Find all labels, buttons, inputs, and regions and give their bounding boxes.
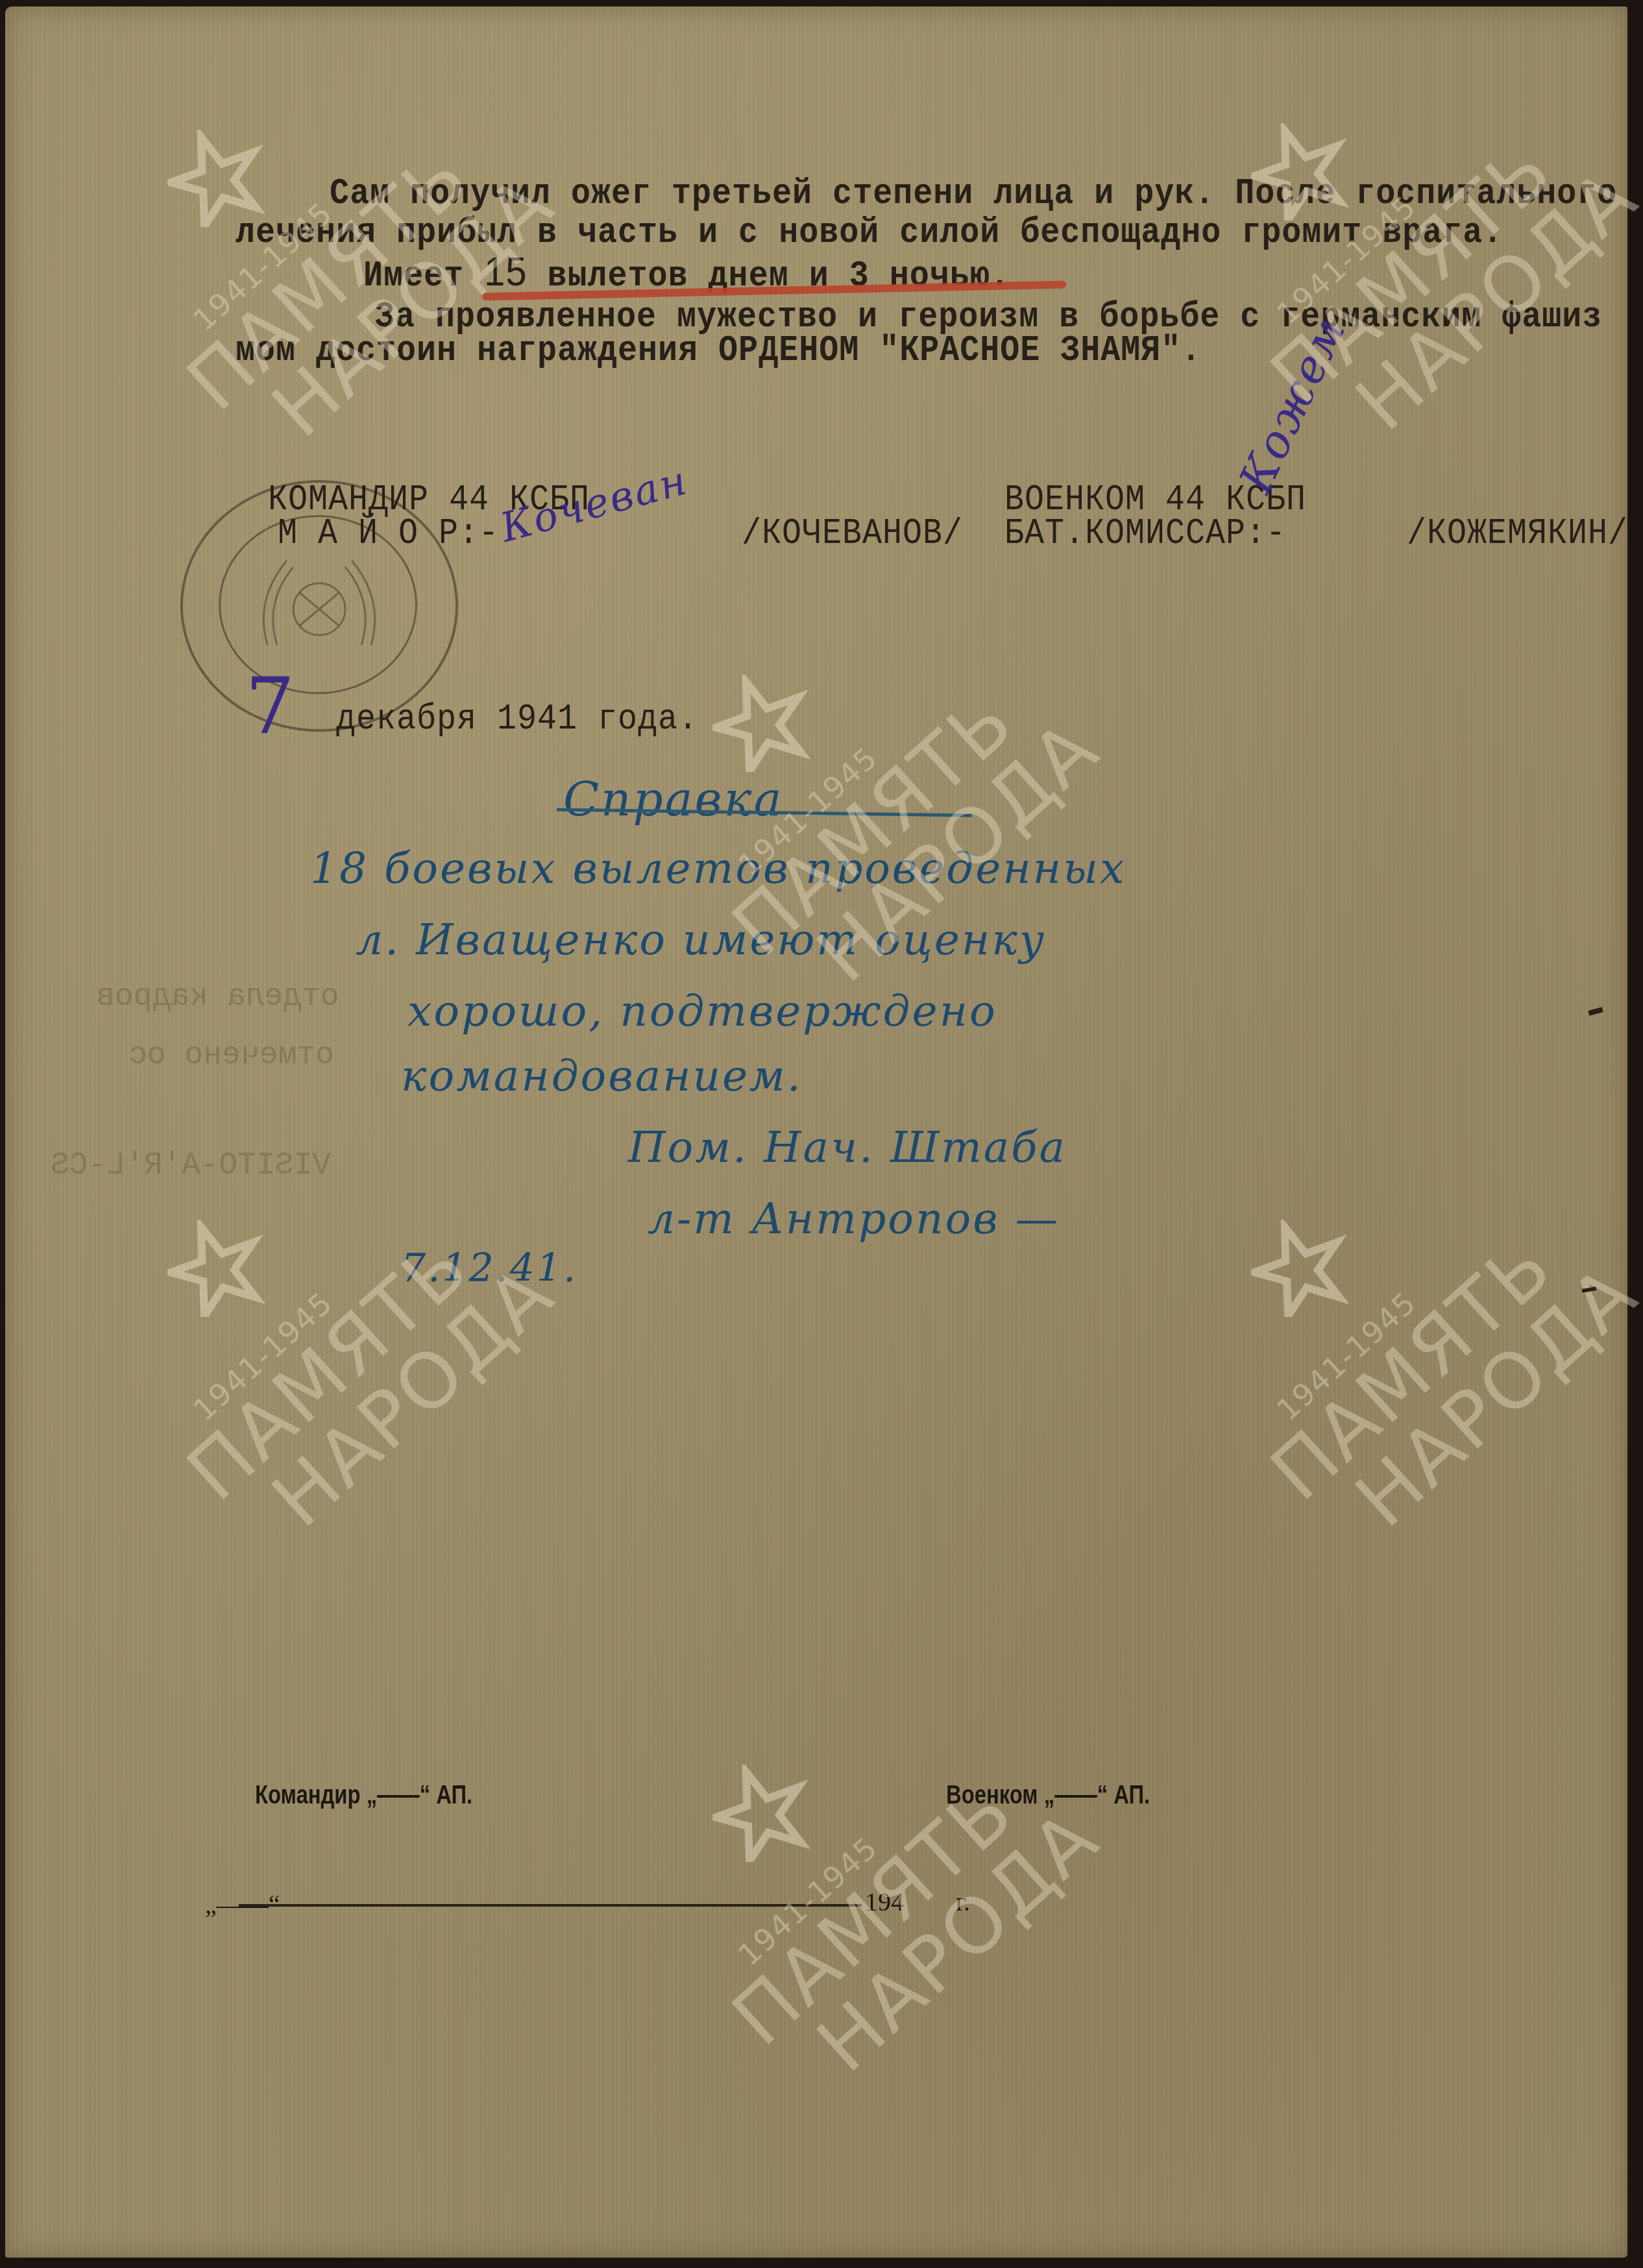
footer-date-suffix: г. [956, 1887, 970, 1917]
watermark-star-icon [1251, 123, 1348, 221]
certificate-line-4: командованием. [401, 1051, 803, 1101]
watermark-star-icon [167, 130, 265, 227]
commissar-rank: БАТ.КОМИССАР:- [1004, 514, 1286, 555]
body-line-1: Сам получил ожег третьей степени лица и … [330, 174, 1617, 215]
footer-commissar-label: Военком „——“ АП. [946, 1781, 1150, 1810]
bleed-through-text: отмечено ос [128, 1038, 334, 1073]
day-sorties-count: 15 [484, 248, 528, 295]
watermark-star-icon [167, 1220, 265, 1317]
certificate-date: 7.12.41. [401, 1246, 578, 1291]
bleed-through-text: отдела кадров [96, 980, 339, 1015]
watermark-star-icon [712, 1765, 810, 1862]
certificate-line-3: хорошо, подтверждено [408, 986, 997, 1036]
document-sheet: отдела кадров отмечено ос VISITO-A'R'L-C… [5, 6, 1627, 2258]
sorties-prefix: Имеет [363, 256, 464, 297]
date-text: декабря 1941 года. [336, 699, 698, 740]
commander-signature: Кочеван [496, 456, 693, 551]
certificate-signer-name: л-т Антропов — [648, 1194, 1060, 1244]
certificate-line-2: л. Иващенко имеют оценку [356, 915, 1046, 965]
footer-date-blank-line [239, 1904, 862, 1907]
bleed-through-text: VISITO-A'R'L-CS [51, 1148, 331, 1183]
footer-commander-label: Командир „——“ АП. [255, 1781, 472, 1810]
body-line-5: мом достоин награждения ОРДЕНОМ "КРАСНОЕ… [236, 331, 1201, 372]
paper-tear-mark [1588, 1007, 1603, 1015]
paper-tear-mark [1582, 1286, 1597, 1293]
footer-date-year: 194 [865, 1887, 904, 1917]
watermark-star-icon [1251, 1220, 1348, 1317]
handwritten-day: 7 [245, 662, 297, 752]
certificate-signer-title: Пом. Нач. Штаба [628, 1122, 1067, 1172]
certificate-title: Справка [563, 772, 783, 826]
watermark-star-icon [712, 675, 810, 772]
certificate-line-1: 18 боевых вылетов проведенных [310, 843, 1126, 893]
commander-name: /КОЧЕВАНОВ/ [742, 514, 963, 555]
commander-rank: М А Й О Р:- [278, 514, 499, 555]
coat-of-arms-emblem [254, 548, 384, 664]
commissar-name: /КОЖЕМЯКИН/ [1407, 514, 1628, 555]
